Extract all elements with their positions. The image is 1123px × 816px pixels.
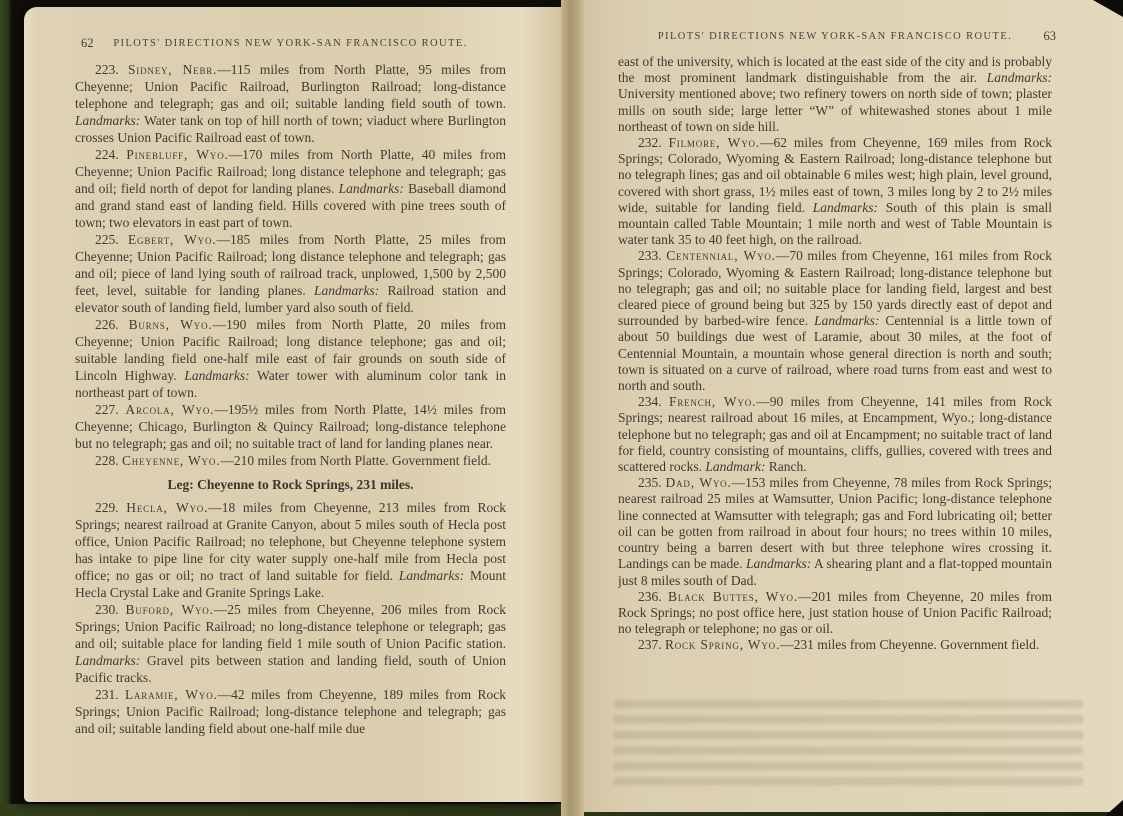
- cover-corner-bottom-right: [1105, 800, 1123, 816]
- book-cover-edge-left: [0, 0, 11, 816]
- entry-paragraph: 233. Centennial, Wyo.—70 miles from Chey…: [618, 248, 1052, 394]
- entry-paragraph: east of the university, which is located…: [618, 54, 1052, 135]
- landmarks-label: Landmarks:: [314, 283, 379, 298]
- left-page-body: 223. Sidney, Nebr.—115 miles from North …: [75, 61, 506, 794]
- entry-place-name: Arcola, Wyo.: [125, 402, 214, 417]
- entry-paragraph: 234. French, Wyo.—90 miles from Cheyenne…: [618, 394, 1052, 475]
- entry-place-name: Cheyenne, Wyo.: [122, 453, 220, 468]
- entry-place-name: Dad, Wyo.: [666, 475, 732, 490]
- entry-text: Ranch.: [765, 459, 806, 474]
- entry-paragraph: 225. Egbert, Wyo.—185 miles from North P…: [75, 231, 506, 316]
- entry-place-name: Sidney, Nebr.: [128, 62, 217, 77]
- entry-paragraph: 232. Filmore, Wyo.—62 miles from Cheyenn…: [618, 135, 1052, 248]
- entry-place-name: French, Wyo.: [669, 394, 756, 409]
- landmarks-label: Landmarks:: [746, 556, 811, 571]
- right-page-body: east of the university, which is located…: [618, 54, 1052, 802]
- entry-text: 234.: [638, 394, 669, 409]
- entry-place-name: Black Buttes, Wyo.: [668, 589, 798, 604]
- landmarks-label: Landmarks:: [813, 200, 878, 215]
- entry-text: 231.: [95, 687, 125, 702]
- cover-corner-top-right: [1093, 0, 1123, 17]
- entry-text: 227.: [95, 402, 125, 417]
- entry-place-name: Egbert, Wyo.: [128, 232, 216, 247]
- left-page: 62 PILOTS' DIRECTIONS NEW YORK-SAN FRANC…: [24, 7, 561, 802]
- landmarks-label: Landmark:: [705, 459, 765, 474]
- entry-text: 229.: [95, 500, 126, 515]
- entry-paragraph: 224. Pinebluff, Wyo.—170 miles from Nort…: [75, 146, 506, 231]
- landmarks-label: Landmarks:: [75, 653, 140, 668]
- entry-paragraph: 223. Sidney, Nebr.—115 miles from North …: [75, 61, 506, 146]
- entry-paragraph: 236. Black Buttes, Wyo.—201 miles from C…: [618, 589, 1052, 638]
- entry-paragraph: 231. Laramie, Wyo.—42 miles from Cheyenn…: [75, 686, 506, 737]
- left-running-head: PILOTS' DIRECTIONS NEW YORK-SAN FRANCISC…: [75, 38, 506, 49]
- entry-place-name: Filmore, Wyo.: [668, 135, 760, 150]
- entry-place-name: Pinebluff, Wyo.: [126, 147, 228, 162]
- left-page-header: 62 PILOTS' DIRECTIONS NEW YORK-SAN FRANC…: [75, 38, 506, 54]
- entry-paragraph: 227. Arcola, Wyo.—195½ miles from North …: [75, 401, 506, 452]
- entry-text: —231 miles from Cheyenne. Government fie…: [780, 637, 1039, 652]
- entry-paragraph: 226. Burns, Wyo.—190 miles from North Pl…: [75, 316, 506, 401]
- leg-heading: Leg: Cheyenne to Rock Springs, 231 miles…: [75, 476, 506, 493]
- entry-paragraph: 229. Hecla, Wyo.—18 miles from Cheyenne,…: [75, 499, 506, 601]
- entry-text: 224.: [95, 147, 126, 162]
- entry-place-name: Centennial, Wyo.: [666, 248, 776, 263]
- landmarks-label: Landmarks:: [399, 568, 464, 583]
- landmarks-label: Landmarks:: [184, 368, 249, 383]
- entry-text: Leg: Cheyenne to Rock Springs, 231 miles…: [168, 477, 414, 492]
- book-gutter-shadow: [561, 0, 584, 816]
- entry-paragraph: 230. Buford, Wyo.—25 miles from Cheyenne…: [75, 601, 506, 686]
- entry-text: 236.: [638, 589, 668, 604]
- entry-paragraph: 237. Rock Spring, Wyo.—231 miles from Ch…: [618, 637, 1052, 653]
- right-page: PILOTS' DIRECTIONS NEW YORK-SAN FRANCISC…: [584, 0, 1123, 812]
- entry-text: Gravel pits between station and landing …: [75, 653, 506, 685]
- right-page-number: 63: [1044, 29, 1057, 44]
- right-running-head: PILOTS' DIRECTIONS NEW YORK-SAN FRANCISC…: [618, 31, 1052, 42]
- entry-text: Water tank on top of hill north of town;…: [75, 113, 506, 145]
- entry-text: 228.: [95, 453, 122, 468]
- entry-text: 225.: [95, 232, 128, 247]
- entry-place-name: Buford, Wyo.: [126, 602, 214, 617]
- entry-text: University mentioned above; two refinery…: [618, 86, 1052, 133]
- landmarks-label: Landmarks:: [814, 313, 879, 328]
- entry-text: 226.: [95, 317, 129, 332]
- entry-text: 233.: [638, 248, 666, 263]
- entry-place-name: Hecla, Wyo.: [126, 500, 208, 515]
- entry-text: —210 miles from North Platte. Government…: [220, 453, 491, 468]
- right-page-header: PILOTS' DIRECTIONS NEW YORK-SAN FRANCISC…: [618, 31, 1052, 47]
- entry-place-name: Laramie, Wyo.: [125, 687, 218, 702]
- landmarks-label: Landmarks:: [75, 113, 140, 128]
- entry-text: 223.: [95, 62, 128, 77]
- entry-place-name: Burns, Wyo.: [129, 317, 213, 332]
- entry-text: 237.: [638, 637, 665, 652]
- entry-text: 232.: [638, 135, 668, 150]
- landmarks-label: Landmarks:: [987, 70, 1052, 85]
- entry-place-name: Rock Spring, Wyo.: [665, 637, 780, 652]
- entry-text: 230.: [95, 602, 126, 617]
- entry-paragraph: 235. Dad, Wyo.—153 miles from Cheyenne, …: [618, 475, 1052, 588]
- entry-text: 235.: [638, 475, 666, 490]
- entry-paragraph: 228. Cheyenne, Wyo.—210 miles from North…: [75, 452, 506, 469]
- book-spread: 62 PILOTS' DIRECTIONS NEW YORK-SAN FRANC…: [0, 0, 1123, 816]
- landmarks-label: Landmarks:: [339, 181, 404, 196]
